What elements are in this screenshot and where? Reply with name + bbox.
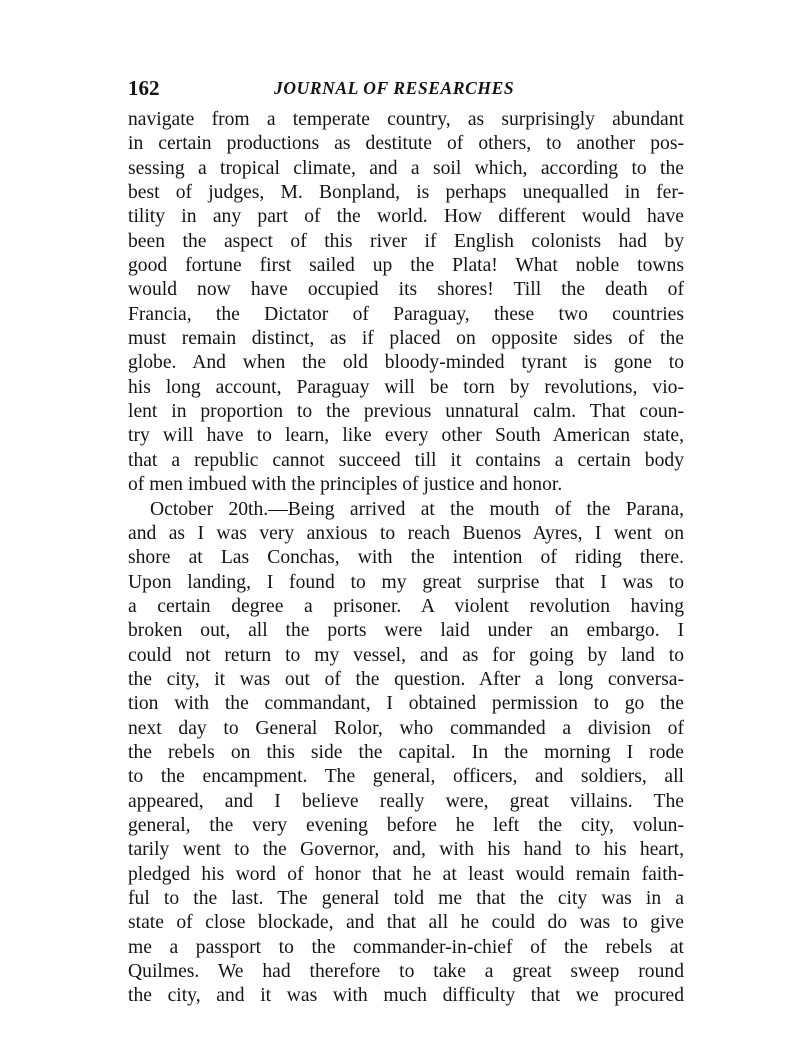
text-line: me a passport to the commander-in-chief …: [128, 936, 684, 960]
text-line: good fortune first sailed up the Plata! …: [128, 254, 684, 278]
text-line: that a republic cannot succeed till it c…: [128, 449, 684, 473]
text-line: pledged his word of honor that he at lea…: [128, 863, 684, 887]
text-line: general, the very evening before he left…: [128, 814, 684, 838]
text-line: in certain productions as destitute of o…: [128, 132, 684, 156]
text-line: been the aspect of this river if English…: [128, 230, 684, 254]
body-text: navigate from a temperate country, as su…: [128, 108, 684, 1009]
paragraph-start-line: October 20th.—Being arrived at the mouth…: [128, 498, 684, 522]
page-number: 162: [128, 76, 160, 101]
text-line: the city, and it was with much difficult…: [128, 984, 684, 1008]
text-line: tility in any part of the world. How dif…: [128, 205, 684, 229]
book-page: 162 JOURNAL OF RESEARCHES navigate from …: [0, 0, 800, 1050]
text-line: best of judges, M. Bonpland, is perhaps …: [128, 181, 684, 205]
page-header: 162 JOURNAL OF RESEARCHES: [128, 76, 684, 102]
text-line: Francia, the Dictator of Paraguay, these…: [128, 303, 684, 327]
text-line: ful to the last. The general told me tha…: [128, 887, 684, 911]
text-line: state of close blockade, and that all he…: [128, 911, 684, 935]
paragraph-end-line: of men imbued with the principles of jus…: [128, 473, 684, 497]
text-line: the city, it was out of the question. Af…: [128, 668, 684, 692]
text-line: and as I was very anxious to reach Bueno…: [128, 522, 684, 546]
text-line: tarily went to the Governor, and, with h…: [128, 838, 684, 862]
text-line: a certain degree a prisoner. A violent r…: [128, 595, 684, 619]
text-line: would now have occupied its shores! Till…: [128, 278, 684, 302]
text-line: his long account, Paraguay will be torn …: [128, 376, 684, 400]
text-line: must remain distinct, as if placed on op…: [128, 327, 684, 351]
text-line: to the encampment. The general, officers…: [128, 765, 684, 789]
text-line: next day to General Rolor, who commanded…: [128, 717, 684, 741]
text-line: broken out, all the ports were laid unde…: [128, 619, 684, 643]
text-line: try will have to learn, like every other…: [128, 424, 684, 448]
running-head-title: JOURNAL OF RESEARCHES: [274, 78, 514, 99]
text-line: Upon landing, I found to my great surpri…: [128, 571, 684, 595]
text-line: navigate from a temperate country, as su…: [128, 108, 684, 132]
text-line: lent in proportion to the previous unnat…: [128, 400, 684, 424]
text-line: sessing a tropical climate, and a soil w…: [128, 157, 684, 181]
text-line: could not return to my vessel, and as fo…: [128, 644, 684, 668]
text-line: appeared, and I believe really were, gre…: [128, 790, 684, 814]
text-line: the rebels on this side the capital. In …: [128, 741, 684, 765]
text-line: tion with the commandant, I obtained per…: [128, 692, 684, 716]
text-line: Quilmes. We had therefore to take a grea…: [128, 960, 684, 984]
text-line: shore at Las Conchas, with the intention…: [128, 546, 684, 570]
text-line: globe. And when the old bloody-minded ty…: [128, 351, 684, 375]
